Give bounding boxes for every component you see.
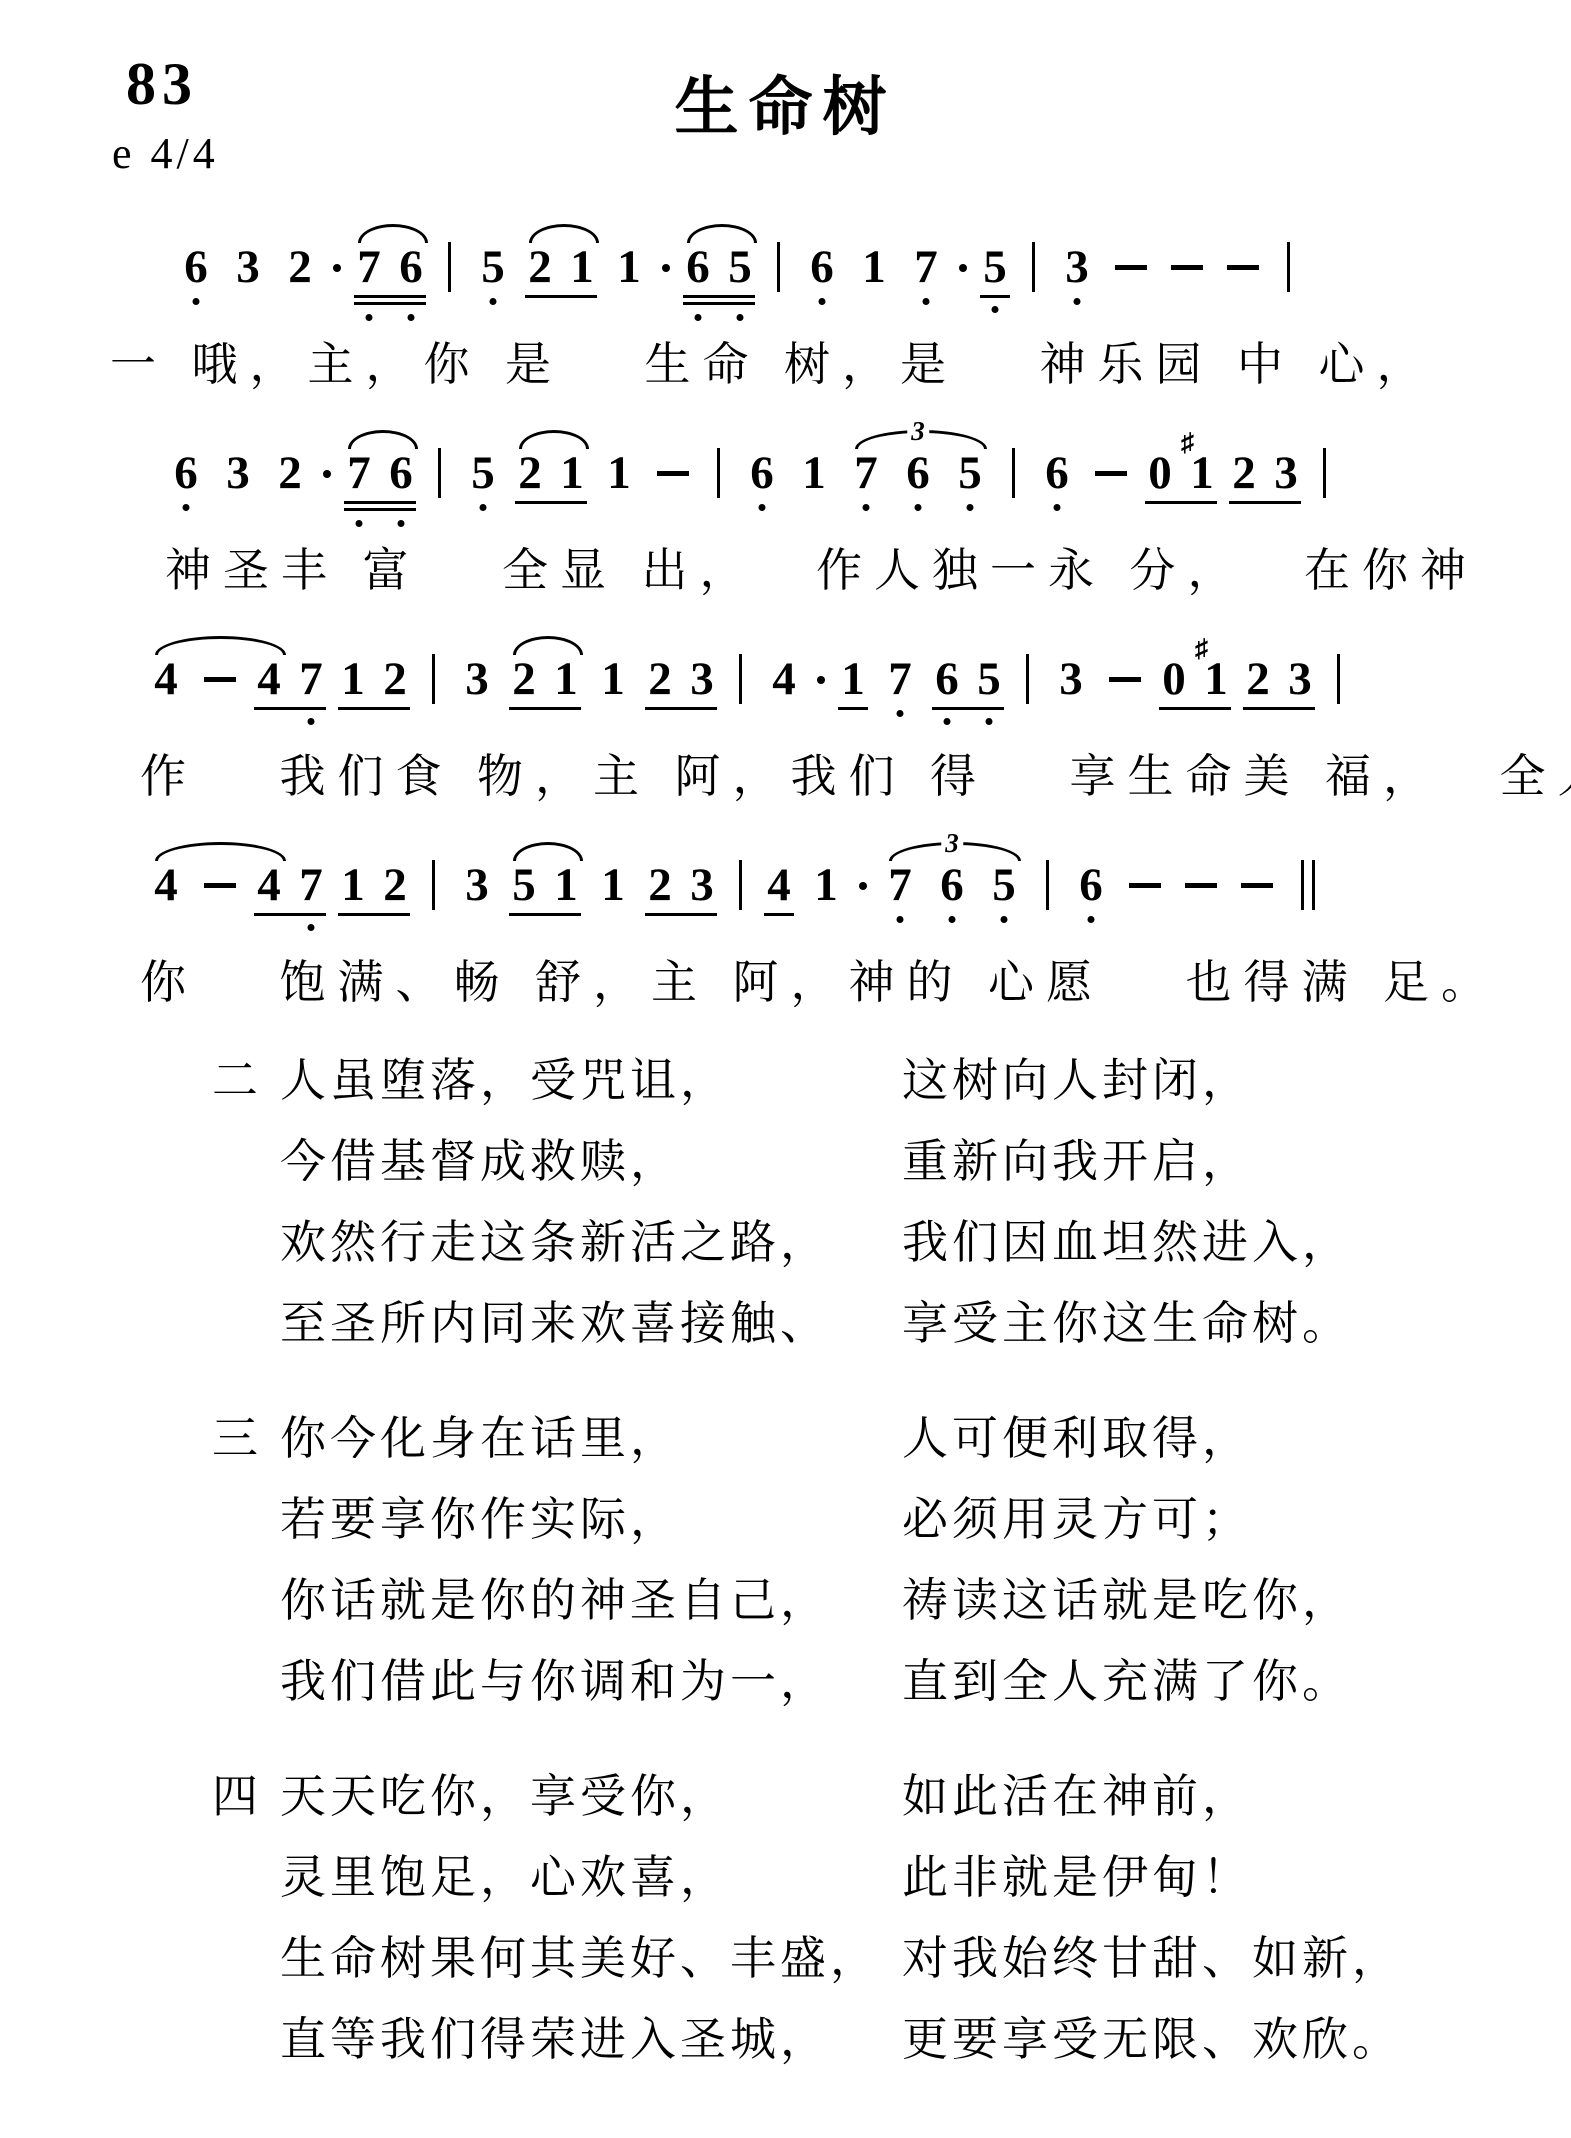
note-4: 4 bbox=[769, 654, 799, 704]
note-digit: 6 bbox=[174, 448, 198, 498]
music-line-1: 6327652116561753一 哦，主，你 是 生命 树，是 神乐园 中 心… bbox=[140, 216, 1571, 396]
octave-dot bbox=[1001, 916, 1008, 923]
verse-text-right: 必须用灵方可； bbox=[902, 1479, 1252, 1560]
triplet-number: 3 bbox=[907, 418, 929, 445]
beam-underline bbox=[344, 508, 416, 511]
note-2: 2 bbox=[380, 654, 410, 704]
note-2: 2 bbox=[645, 860, 675, 910]
note-3: 3 bbox=[462, 654, 492, 704]
barline bbox=[717, 448, 720, 498]
note-digit: 1 bbox=[862, 242, 886, 292]
note-digit: 6 bbox=[906, 448, 930, 498]
verse-number bbox=[212, 1560, 280, 1641]
note-5: 5 bbox=[478, 242, 508, 292]
note-digit: 2 bbox=[528, 242, 552, 292]
duration-dot bbox=[959, 264, 967, 272]
beam-underline bbox=[1159, 707, 1231, 710]
note-digit: 4 bbox=[154, 654, 178, 704]
note-5: 5 bbox=[468, 448, 498, 498]
note-1: 1 bbox=[799, 448, 829, 498]
note-3: 3 bbox=[223, 448, 253, 498]
note-digit: 3 bbox=[465, 860, 489, 910]
verse-number bbox=[212, 1283, 280, 1364]
octave-dot bbox=[992, 306, 999, 313]
sharp-icon: ♯ bbox=[1181, 430, 1194, 456]
note-5: 5 bbox=[989, 860, 1019, 910]
verse-row: 欢然行走这条新活之路，我们因血坦然进入， bbox=[212, 1202, 1571, 1283]
verse-number: 三 bbox=[212, 1398, 280, 1479]
verse-二: 二人虽堕落，受咒诅，这树向人封闭，今借基督成救赎，重新向我开启，欢然行走这条新活… bbox=[212, 1040, 1571, 1364]
beam-underline bbox=[645, 913, 717, 916]
note-digit: 2 bbox=[383, 860, 407, 910]
note-7: 7 bbox=[885, 860, 915, 910]
octave-dot bbox=[897, 916, 904, 923]
note-digit: 6 bbox=[935, 654, 959, 704]
verse-row: 你话就是你的神圣自己，祷读这话就是吃你， bbox=[212, 1560, 1571, 1641]
verse-text-left: 今借基督成救赎， bbox=[280, 1121, 902, 1202]
notation-row: 447123511234176563 bbox=[140, 834, 1571, 944]
note-digit: 2 bbox=[512, 654, 536, 704]
note-digit: 5 bbox=[471, 448, 495, 498]
verse-number bbox=[212, 1479, 280, 1560]
note-7: 7 bbox=[296, 860, 326, 910]
note-2: 2 bbox=[515, 448, 545, 498]
note-1: 1 bbox=[811, 860, 841, 910]
verse-text-right: 对我始终甘甜、如新， bbox=[902, 1918, 1402, 1999]
note-3: 3 bbox=[1271, 448, 1301, 498]
note-6: 6 bbox=[937, 860, 967, 910]
verse-row: 至圣所内同来欢喜接触、享受主你这生命树。 bbox=[212, 1283, 1571, 1364]
duration-dash bbox=[1109, 677, 1141, 682]
verse-number: 二 bbox=[212, 1040, 280, 1121]
verse-number bbox=[212, 1121, 280, 1202]
note-digit: 3 bbox=[690, 654, 714, 704]
note-1: 1 bbox=[598, 654, 628, 704]
note-2: 2 bbox=[645, 654, 675, 704]
note-digit: 3 bbox=[1288, 654, 1312, 704]
beam-underline bbox=[509, 913, 581, 916]
music-line-2: 6327652116176560♯1233神圣丰 富 全显 出， 作人独一永 分… bbox=[140, 422, 1571, 602]
note-digit: 1 bbox=[554, 654, 578, 704]
note-digit: 7 bbox=[299, 654, 323, 704]
music-line-3: 447123211234176530♯123作 我们食 物，主 阿，我们 得 享… bbox=[140, 628, 1571, 808]
barline bbox=[1287, 242, 1290, 292]
barline bbox=[1032, 242, 1035, 292]
score: 6327652116561753一 哦，主，你 是 生命 树，是 神乐园 中 心… bbox=[140, 216, 1571, 1014]
note-digit: 4 bbox=[154, 860, 178, 910]
octave-dot bbox=[408, 314, 415, 321]
note-1: 1 bbox=[567, 242, 597, 292]
octave-dot bbox=[695, 314, 702, 321]
note-digit: 0 bbox=[1148, 448, 1172, 498]
note-6: 6 bbox=[903, 448, 933, 498]
note-2: 2 bbox=[275, 448, 305, 498]
octave-dot bbox=[1054, 504, 1061, 511]
note-digit: 3 bbox=[465, 654, 489, 704]
note-digit: 4 bbox=[772, 654, 796, 704]
note-digit: 6 bbox=[940, 860, 964, 910]
octave-dot bbox=[944, 718, 951, 725]
duration-dot bbox=[333, 264, 341, 272]
note-digit: 1 bbox=[341, 654, 365, 704]
verse-row: 生命树果何其美好、丰盛，对我始终甘甜、如新， bbox=[212, 1918, 1571, 1999]
note-4: 4 bbox=[254, 654, 284, 704]
beam-underline bbox=[338, 913, 410, 916]
verse-text-right: 人可便利取得， bbox=[902, 1398, 1252, 1479]
note-digit: 4 bbox=[257, 860, 281, 910]
duration-dash bbox=[204, 883, 236, 888]
verse-四: 四天天吃你，享受你，如此活在神前，灵里饱足，心欢喜，此非就是伊甸！生命树果何其美… bbox=[212, 1756, 1571, 2080]
beam-underline bbox=[525, 295, 597, 298]
note-digit: 6 bbox=[184, 242, 208, 292]
note-3: 3 bbox=[687, 654, 717, 704]
note-1: 1 bbox=[614, 242, 644, 292]
barline bbox=[432, 654, 435, 704]
note-1: ♯1 bbox=[1201, 654, 1231, 704]
duration-dash bbox=[1227, 265, 1259, 270]
note-5: 5 bbox=[980, 242, 1010, 292]
note-7: 7 bbox=[344, 448, 374, 498]
verse-row: 直等我们得荣进入圣城，更要享受无限、欢欣。 bbox=[212, 1999, 1571, 2080]
note-1: 1 bbox=[551, 860, 581, 910]
verses: 二人虽堕落，受咒诅，这树向人封闭，今借基督成救赎，重新向我开启，欢然行走这条新活… bbox=[212, 1040, 1571, 2080]
note-6: 6 bbox=[932, 654, 962, 704]
note-digit: 5 bbox=[977, 654, 1001, 704]
music-line-4: 447123511234176563你 饱满、畅 舒，主 阿，神的 心愿 也得满… bbox=[140, 834, 1571, 1014]
note-3: 3 bbox=[233, 242, 263, 292]
verse-text-right: 这树向人封闭， bbox=[902, 1040, 1252, 1121]
beam-underline bbox=[515, 501, 587, 504]
note-row: 6327652116561753 bbox=[140, 216, 1571, 292]
note-digit: 3 bbox=[1274, 448, 1298, 498]
note-digit: 6 bbox=[399, 242, 423, 292]
note-2: 2 bbox=[525, 242, 555, 292]
barline bbox=[1323, 448, 1326, 498]
final-barline bbox=[1301, 860, 1315, 910]
note-digit: 7 bbox=[914, 242, 938, 292]
note-4: 4 bbox=[151, 654, 181, 704]
verse-text-right: 享受主你这生命树。 bbox=[902, 1283, 1352, 1364]
note-digit: 2 bbox=[383, 654, 407, 704]
octave-dot bbox=[923, 298, 930, 305]
verse-number bbox=[212, 1999, 280, 2080]
note-3: 3 bbox=[1056, 654, 1086, 704]
page-title: 生命树 bbox=[0, 56, 1571, 148]
duration-dot bbox=[859, 882, 867, 890]
verse-text-right: 更要享受无限、欢欣。 bbox=[902, 1999, 1402, 2080]
verse-number: 四 bbox=[212, 1756, 280, 1837]
note-digit: 1 bbox=[554, 860, 578, 910]
verse-row: 四天天吃你，享受你，如此活在神前， bbox=[212, 1756, 1571, 1837]
note-6: 6 bbox=[396, 242, 426, 292]
note-1: 1 bbox=[604, 448, 634, 498]
note-3: 3 bbox=[687, 860, 717, 910]
barline bbox=[1046, 860, 1049, 910]
note-digit: 2 bbox=[648, 860, 672, 910]
note-digit: 7 bbox=[347, 448, 371, 498]
verse-text-right: 重新向我开启， bbox=[902, 1121, 1252, 1202]
note-2: 2 bbox=[1243, 654, 1273, 704]
lyric-line: 神圣丰 富 全显 出， 作人独一永 分， 在你神 bbox=[165, 540, 1571, 602]
note-2: 2 bbox=[1229, 448, 1259, 498]
duration-dash bbox=[1185, 883, 1217, 888]
verse-text-left: 灵里饱足，心欢喜， bbox=[280, 1837, 902, 1918]
duration-dash bbox=[1171, 265, 1203, 270]
verse-text-left: 直等我们得荣进入圣城， bbox=[280, 1999, 902, 2080]
note-digit: 2 bbox=[518, 448, 542, 498]
note-digit: 5 bbox=[728, 242, 752, 292]
note-digit: 6 bbox=[1079, 860, 1103, 910]
note-digit: 1 bbox=[570, 242, 594, 292]
verse-number bbox=[212, 1202, 280, 1283]
notation-row: 6327652116176560♯1233 bbox=[140, 422, 1571, 532]
note-7: 7 bbox=[851, 448, 881, 498]
note-digit: 7 bbox=[357, 242, 381, 292]
note-1: 1 bbox=[551, 654, 581, 704]
verse-text-right: 直到全人充满了你。 bbox=[902, 1641, 1352, 1722]
note-digit: 1 bbox=[601, 860, 625, 910]
verse-row: 三你今化身在话里，人可便利取得， bbox=[212, 1398, 1571, 1479]
note-digit: 5 bbox=[992, 860, 1016, 910]
verse-row: 今借基督成救赎，重新向我开启， bbox=[212, 1121, 1571, 1202]
note-digit: 1 bbox=[341, 860, 365, 910]
note-digit: 2 bbox=[648, 654, 672, 704]
note-digit: 3 bbox=[1065, 242, 1089, 292]
note-digit: 1 bbox=[841, 654, 865, 704]
barline bbox=[777, 242, 780, 292]
verse-number bbox=[212, 1918, 280, 1999]
beam-underline bbox=[354, 295, 426, 298]
verse-text-right: 祷读这话就是吃你， bbox=[902, 1560, 1352, 1641]
note-6: 6 bbox=[807, 242, 837, 292]
note-digit: 6 bbox=[686, 242, 710, 292]
barline bbox=[448, 242, 451, 292]
verse-text-left: 欢然行走这条新活之路， bbox=[280, 1202, 902, 1283]
beam-underline bbox=[932, 707, 1004, 710]
note-row: 6327652116176560♯123 bbox=[140, 422, 1571, 498]
note-row: 44712351123417656 bbox=[140, 834, 1571, 910]
octave-dot bbox=[366, 314, 373, 321]
octave-dot bbox=[193, 298, 200, 305]
octave-dot bbox=[967, 504, 974, 511]
note-digit: 1 bbox=[560, 448, 584, 498]
verse-number bbox=[212, 1837, 280, 1918]
octave-dot bbox=[737, 314, 744, 321]
note-2: 2 bbox=[509, 654, 539, 704]
key-time-signature: e 4/4 bbox=[112, 128, 219, 179]
note-digit: 6 bbox=[389, 448, 413, 498]
verse-row: 二人虽堕落，受咒诅，这树向人封闭， bbox=[212, 1040, 1571, 1121]
note-6: 6 bbox=[1042, 448, 1072, 498]
note-digit: 7 bbox=[888, 654, 912, 704]
note-1: 1 bbox=[338, 654, 368, 704]
beam-underline bbox=[838, 707, 868, 710]
octave-dot bbox=[308, 718, 315, 725]
verse-text-left: 人虽堕落，受咒诅， bbox=[280, 1040, 902, 1121]
lyric-line: 你 饱满、畅 舒，主 阿，神的 心愿 也得满 足。 bbox=[140, 952, 1571, 1014]
octave-dot bbox=[915, 504, 922, 511]
note-1: 1 bbox=[598, 860, 628, 910]
octave-dot bbox=[897, 710, 904, 717]
note-digit: 0 bbox=[1162, 654, 1186, 704]
note-6: 6 bbox=[683, 242, 713, 292]
verse-text-right: 此非就是伊甸！ bbox=[902, 1837, 1252, 1918]
duration-dash bbox=[1115, 265, 1147, 270]
note-digit: 2 bbox=[288, 242, 312, 292]
note-digit: 3 bbox=[690, 860, 714, 910]
octave-dot bbox=[398, 520, 405, 527]
notation-row: 447123211234176530♯123 bbox=[140, 628, 1571, 738]
beam-underline bbox=[683, 295, 755, 298]
note-1: 1 bbox=[838, 654, 868, 704]
note-digit: 7 bbox=[299, 860, 323, 910]
octave-dot bbox=[1088, 916, 1095, 923]
note-1: 1 bbox=[338, 860, 368, 910]
beam-underline bbox=[1229, 501, 1301, 504]
duration-dash bbox=[1241, 883, 1273, 888]
beam-underline bbox=[344, 501, 416, 504]
octave-dot bbox=[490, 298, 497, 305]
note-digit: 1 bbox=[802, 448, 826, 498]
note-5: 5 bbox=[509, 860, 539, 910]
octave-dot bbox=[986, 718, 993, 725]
beam-underline bbox=[1145, 501, 1217, 504]
beam-underline bbox=[254, 913, 326, 916]
note-6: 6 bbox=[1076, 860, 1106, 910]
note-1: ♯1 bbox=[1187, 448, 1217, 498]
note-5: 5 bbox=[974, 654, 1004, 704]
sharp-icon: ♯ bbox=[1195, 636, 1208, 662]
note-digit: 3 bbox=[226, 448, 250, 498]
barline bbox=[739, 860, 742, 910]
note-3: 3 bbox=[462, 860, 492, 910]
note-7: 7 bbox=[911, 242, 941, 292]
note-digit: 7 bbox=[854, 448, 878, 498]
note-5: 5 bbox=[725, 242, 755, 292]
note-digit: 5 bbox=[958, 448, 982, 498]
beam-underline bbox=[683, 302, 755, 305]
octave-dot bbox=[819, 298, 826, 305]
duration-dot bbox=[662, 264, 670, 272]
verse-text-left: 若要享你作实际， bbox=[280, 1479, 902, 1560]
verse-row: 若要享你作实际，必须用灵方可； bbox=[212, 1479, 1571, 1560]
barline bbox=[432, 860, 435, 910]
note-digit: 6 bbox=[1045, 448, 1069, 498]
verse-text-left: 生命树果何其美好、丰盛， bbox=[280, 1918, 902, 1999]
duration-dash bbox=[1095, 471, 1127, 476]
verse-row: 我们借此与你调和为一，直到全人充满了你。 bbox=[212, 1641, 1571, 1722]
duration-dash bbox=[204, 677, 236, 682]
note-digit: 6 bbox=[810, 242, 834, 292]
note-digit: 2 bbox=[278, 448, 302, 498]
beam-underline bbox=[980, 295, 1010, 298]
note-digit: 4 bbox=[257, 654, 281, 704]
octave-dot bbox=[308, 924, 315, 931]
note-4: 4 bbox=[151, 860, 181, 910]
verse-text-left: 我们借此与你调和为一， bbox=[280, 1641, 902, 1722]
note-digit: 2 bbox=[1232, 448, 1256, 498]
note-6: 6 bbox=[747, 448, 777, 498]
verse-text-left: 你话就是你的神圣自己， bbox=[280, 1560, 902, 1641]
note-7: 7 bbox=[354, 242, 384, 292]
verse-row: 灵里饱足，心欢喜，此非就是伊甸！ bbox=[212, 1837, 1571, 1918]
barline bbox=[438, 448, 441, 498]
octave-dot bbox=[480, 504, 487, 511]
note-6: 6 bbox=[386, 448, 416, 498]
note-2: 2 bbox=[380, 860, 410, 910]
note-4: 4 bbox=[764, 860, 794, 910]
barline bbox=[1012, 448, 1015, 498]
note-digit: 5 bbox=[512, 860, 536, 910]
note-3: 3 bbox=[1285, 654, 1315, 704]
beam-underline bbox=[354, 302, 426, 305]
note-0: 0 bbox=[1145, 448, 1175, 498]
duration-dot bbox=[323, 470, 331, 478]
verse-text-left: 天天吃你，享受你， bbox=[280, 1756, 902, 1837]
note-digit: 4 bbox=[767, 860, 791, 910]
lyric-line: 一 哦，主，你 是 生命 树，是 神乐园 中 心， bbox=[110, 334, 1571, 396]
note-6: 6 bbox=[171, 448, 201, 498]
barline bbox=[1026, 654, 1029, 704]
verse-number bbox=[212, 1641, 280, 1722]
notation-row: 6327652116561753 bbox=[140, 216, 1571, 326]
note-7: 7 bbox=[296, 654, 326, 704]
hymn-sheet-page: 83 生命树 e 4/4 6327652116561753一 哦，主，你 是 生… bbox=[0, 0, 1571, 2138]
octave-dot bbox=[356, 520, 363, 527]
header: 83 生命树 e 4/4 bbox=[0, 0, 1571, 216]
note-digit: 3 bbox=[1059, 654, 1083, 704]
note-4: 4 bbox=[254, 860, 284, 910]
note-7: 7 bbox=[885, 654, 915, 704]
beam-underline bbox=[338, 707, 410, 710]
note-6: 6 bbox=[181, 242, 211, 292]
note-2: 2 bbox=[285, 242, 315, 292]
beam-underline bbox=[254, 707, 326, 710]
note-digit: 3 bbox=[236, 242, 260, 292]
beam-underline bbox=[1243, 707, 1315, 710]
octave-dot bbox=[863, 504, 870, 511]
duration-dash bbox=[1129, 883, 1161, 888]
note-digit: 5 bbox=[983, 242, 1007, 292]
note-digit: 2 bbox=[1246, 654, 1270, 704]
note-1: 1 bbox=[557, 448, 587, 498]
note-3: 3 bbox=[1062, 242, 1092, 292]
beam-underline bbox=[764, 913, 794, 916]
duration-dot bbox=[817, 676, 825, 684]
octave-dot bbox=[949, 916, 956, 923]
note-digit: 6 bbox=[750, 448, 774, 498]
note-digit: 1 bbox=[607, 448, 631, 498]
octave-dot bbox=[183, 504, 190, 511]
verse-text-right: 我们因血坦然进入， bbox=[902, 1202, 1352, 1283]
note-0: 0 bbox=[1159, 654, 1189, 704]
barline bbox=[739, 654, 742, 704]
note-digit: 1 bbox=[617, 242, 641, 292]
note-digit: 1 bbox=[601, 654, 625, 704]
duration-dash bbox=[657, 471, 689, 476]
note-1: 1 bbox=[859, 242, 889, 292]
hymn-number: 83 bbox=[126, 50, 198, 119]
beam-underline bbox=[645, 707, 717, 710]
note-row: 447123211234176530♯123 bbox=[140, 628, 1571, 704]
lyric-line: 作 我们食 物，主 阿，我们 得 享生命美 福， 全人因 bbox=[140, 746, 1571, 808]
verse-text-left: 至圣所内同来欢喜接触、 bbox=[280, 1283, 902, 1364]
beam-underline bbox=[509, 707, 581, 710]
barline bbox=[1337, 654, 1340, 704]
verse-text-left: 你今化身在话里， bbox=[280, 1398, 902, 1479]
triplet-number: 3 bbox=[941, 830, 963, 857]
note-digit: 5 bbox=[481, 242, 505, 292]
